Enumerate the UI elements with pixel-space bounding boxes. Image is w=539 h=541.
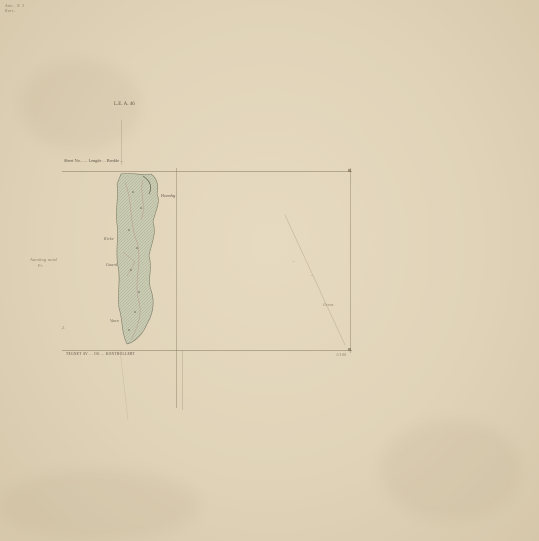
coastal-map-strip (113, 172, 163, 347)
place-label-left-2: Gaard (106, 262, 117, 267)
place-label-left-3: Vann (110, 318, 119, 323)
right-label-2: ... (310, 272, 314, 277)
place-label-left-1: Kirke (104, 236, 114, 241)
bottom-label: TEGNET AV ... OG ... KONTROLLERT (66, 352, 135, 356)
right-label-3: Grens (323, 302, 334, 307)
small-mark-left: 2. (62, 325, 65, 330)
right-label-1: ... (292, 258, 296, 263)
side-label-left: Aurskog nord (30, 257, 57, 262)
map-sheet: Amt... N. 3 Kart... L.E. A. 46 Sheet No.… (0, 0, 539, 541)
bottom-right-small: 1/100 (336, 352, 346, 357)
diagonal-guide (0, 0, 539, 541)
place-label-right: Hovedvg (161, 193, 175, 198)
side-label-left-sub: Fr. (38, 263, 43, 268)
